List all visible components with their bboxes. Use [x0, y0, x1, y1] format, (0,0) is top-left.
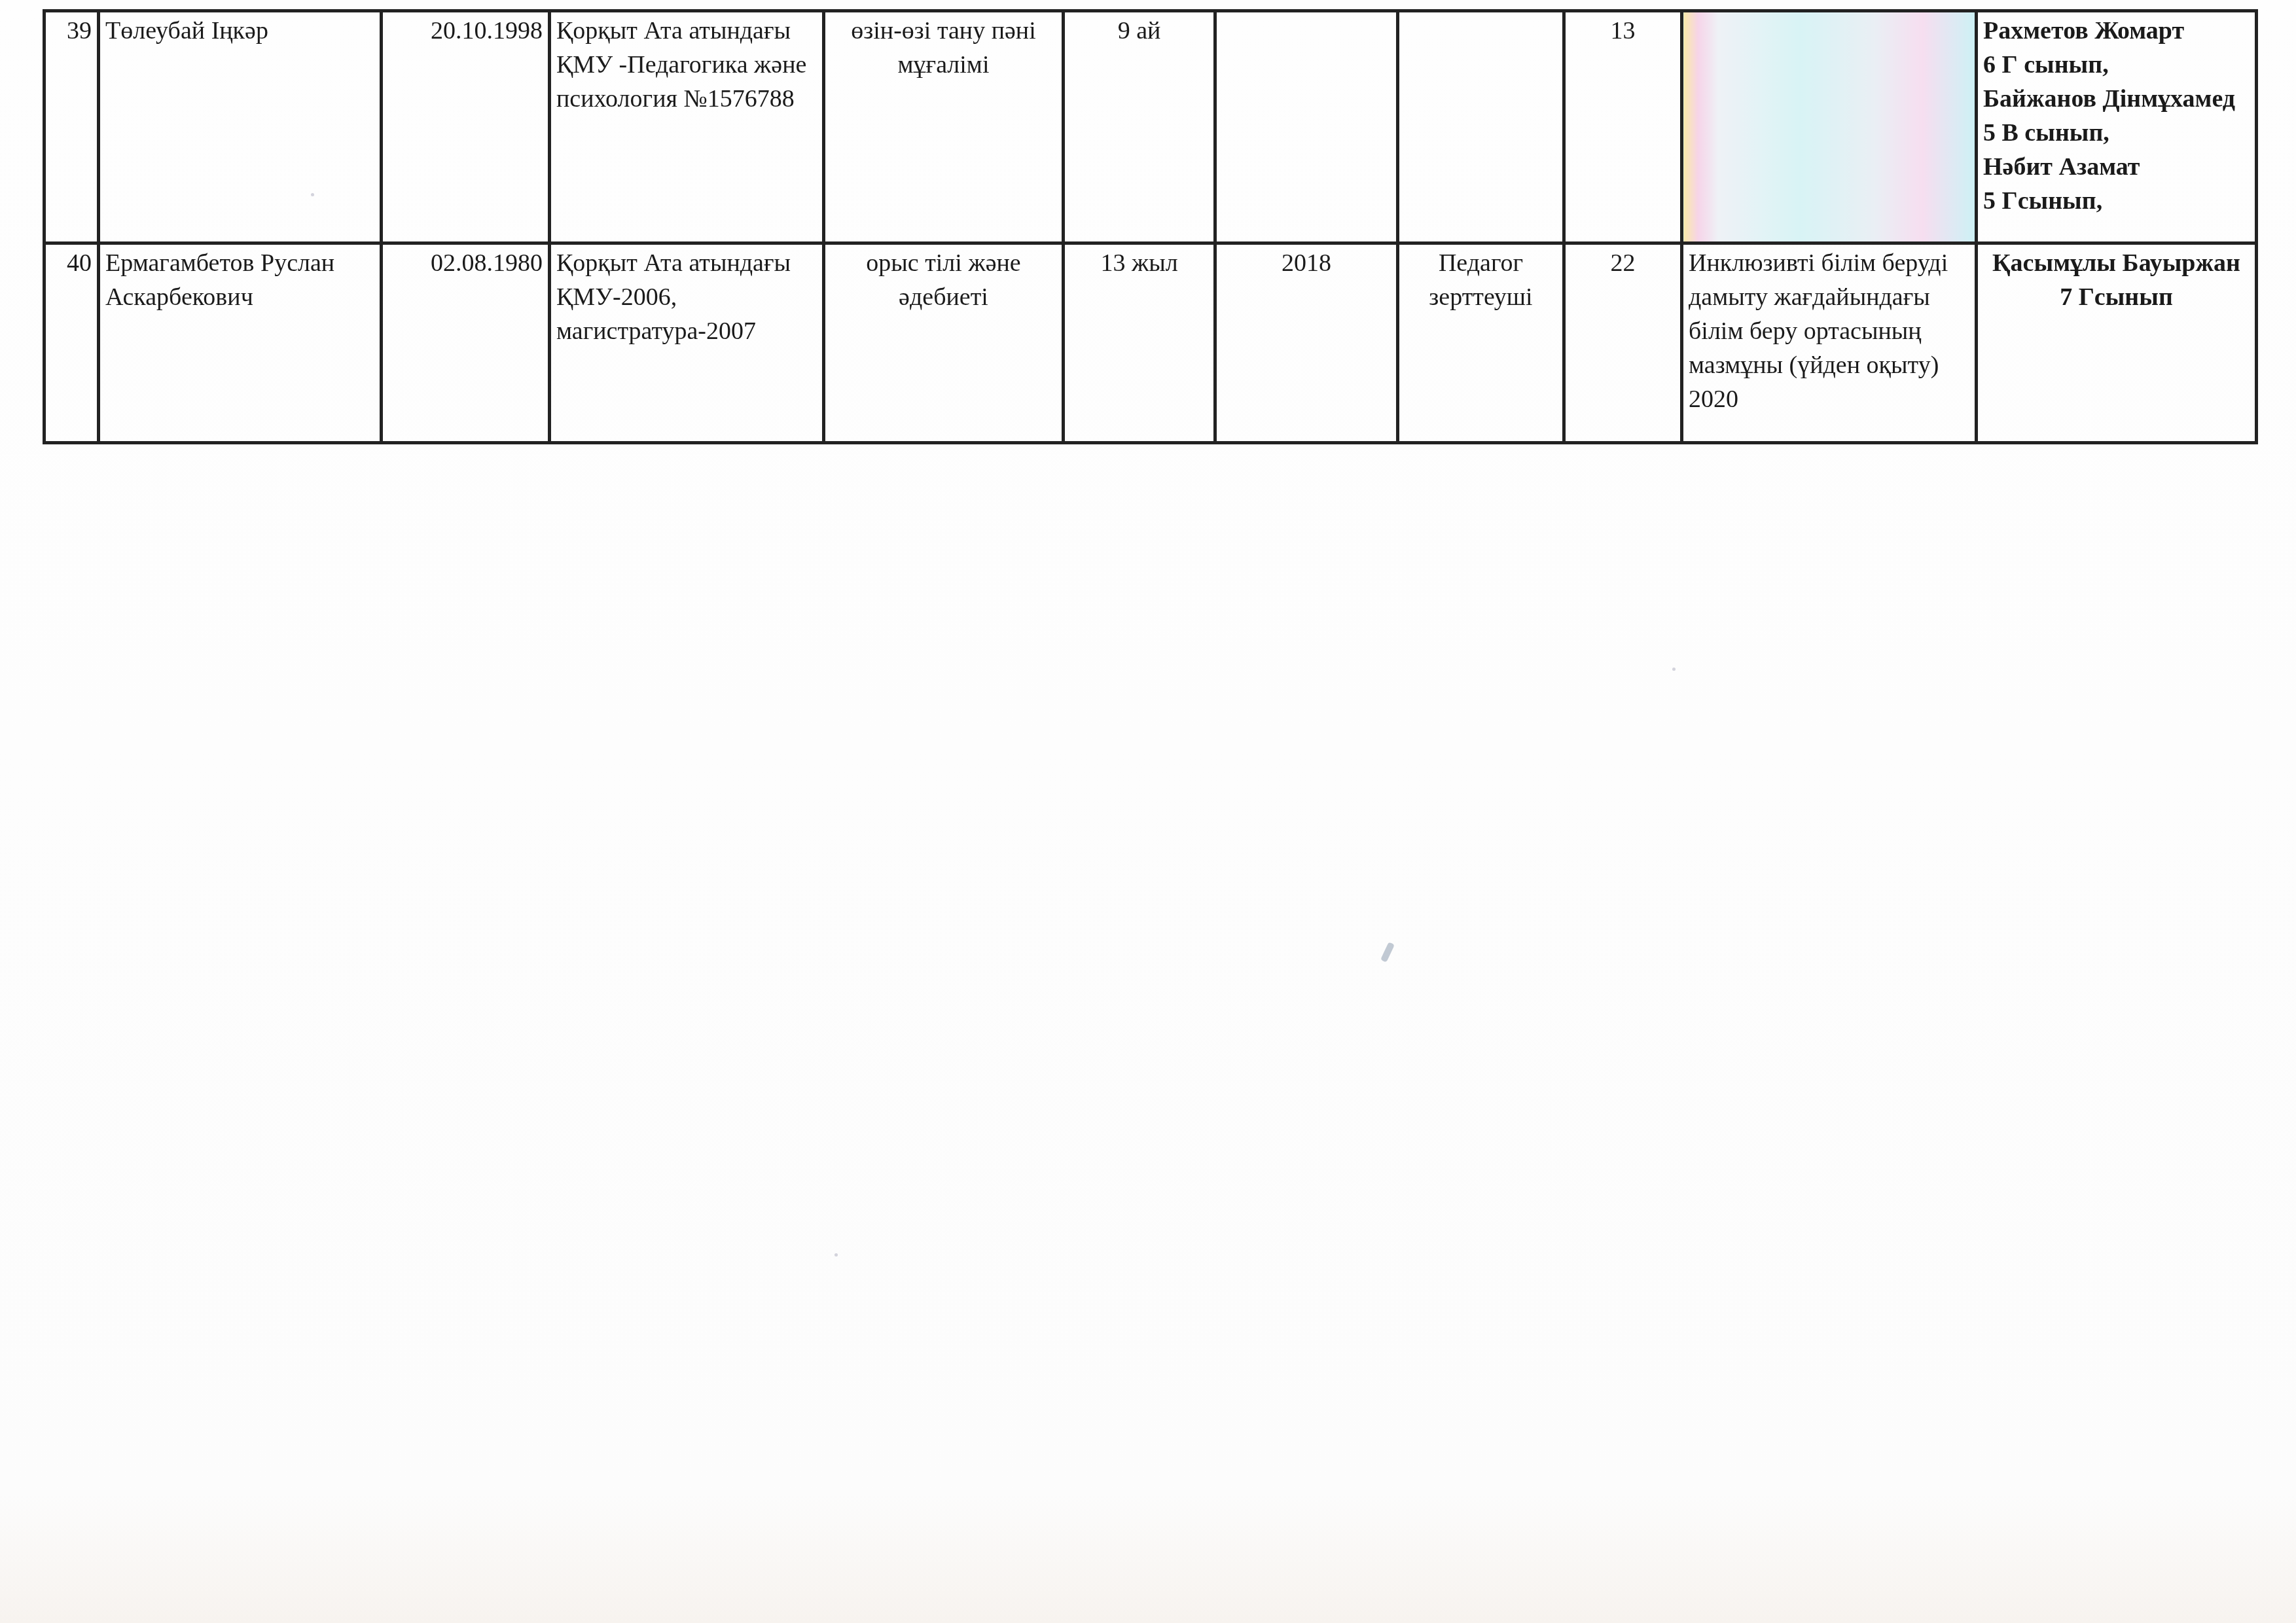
birth-date: 02.08.1980: [382, 243, 550, 443]
student-line: Нәбит Азамат: [1983, 150, 2250, 184]
student-line: Байжанов Дінмұхамед: [1983, 82, 2250, 116]
scan-dot: [834, 1253, 838, 1257]
student-line: Рахметов Жомарт: [1983, 14, 2250, 48]
students: Қасымұлы Бауыржан 7 Гсынып: [1977, 243, 2257, 443]
hours: 13: [1564, 11, 1682, 243]
student-line: 5 Гсынып,: [1983, 184, 2250, 218]
birth-date: 20.10.1998: [382, 11, 550, 243]
row-number: 39: [45, 11, 99, 243]
education: Қорқыт Ата атындағы ҚМУ -Педагогика және…: [550, 11, 824, 243]
education: Қорқыт Ата атындағы ҚМУ-2006, магистрату…: [550, 243, 824, 443]
experience: 9 ай: [1064, 11, 1215, 243]
student-line: 7 Гсынып: [1983, 280, 2250, 314]
students: Рахметов Жомарт 6 Г сынып, Байжанов Дінм…: [1977, 11, 2257, 243]
staff-table: 39 Төлеубай Іңкәр 20.10.1998 Қорқыт Ата …: [43, 9, 2258, 444]
position: орыс тілі және әдебиеті: [824, 243, 1064, 443]
courses-redacted: [1682, 11, 1977, 243]
position: өзін-өзі тану пәні мұғалімі: [824, 11, 1064, 243]
scan-dot: [1672, 668, 1676, 671]
attestation-year: 2018: [1215, 243, 1398, 443]
category: [1398, 11, 1564, 243]
full-name: Төлеубай Іңкәр: [99, 11, 382, 243]
table-row: 40 Ермагамбетов Руслан Аскарбекович 02.0…: [45, 243, 2257, 443]
experience: 13 жыл: [1064, 243, 1215, 443]
table-row: 39 Төлеубай Іңкәр 20.10.1998 Қорқыт Ата …: [45, 11, 2257, 243]
row-number: 40: [45, 243, 99, 443]
scanned-page: 39 Төлеубай Іңкәр 20.10.1998 Қорқыт Ата …: [0, 0, 2296, 1623]
student-line: Қасымұлы Бауыржан: [1983, 246, 2250, 280]
full-name: Ермагамбетов Руслан Аскарбекович: [99, 243, 382, 443]
courses: Инклюзивті білім беруді дамыту жағдайынд…: [1682, 243, 1977, 443]
student-line: 5 В сынып,: [1983, 116, 2250, 150]
student-line: 6 Г сынып,: [1983, 48, 2250, 82]
scan-speck: [1380, 942, 1395, 962]
scan-dot: [311, 193, 314, 196]
hours: 22: [1564, 243, 1682, 443]
attestation-year: [1215, 11, 1398, 243]
category: Педагог зерттеуші: [1398, 243, 1564, 443]
